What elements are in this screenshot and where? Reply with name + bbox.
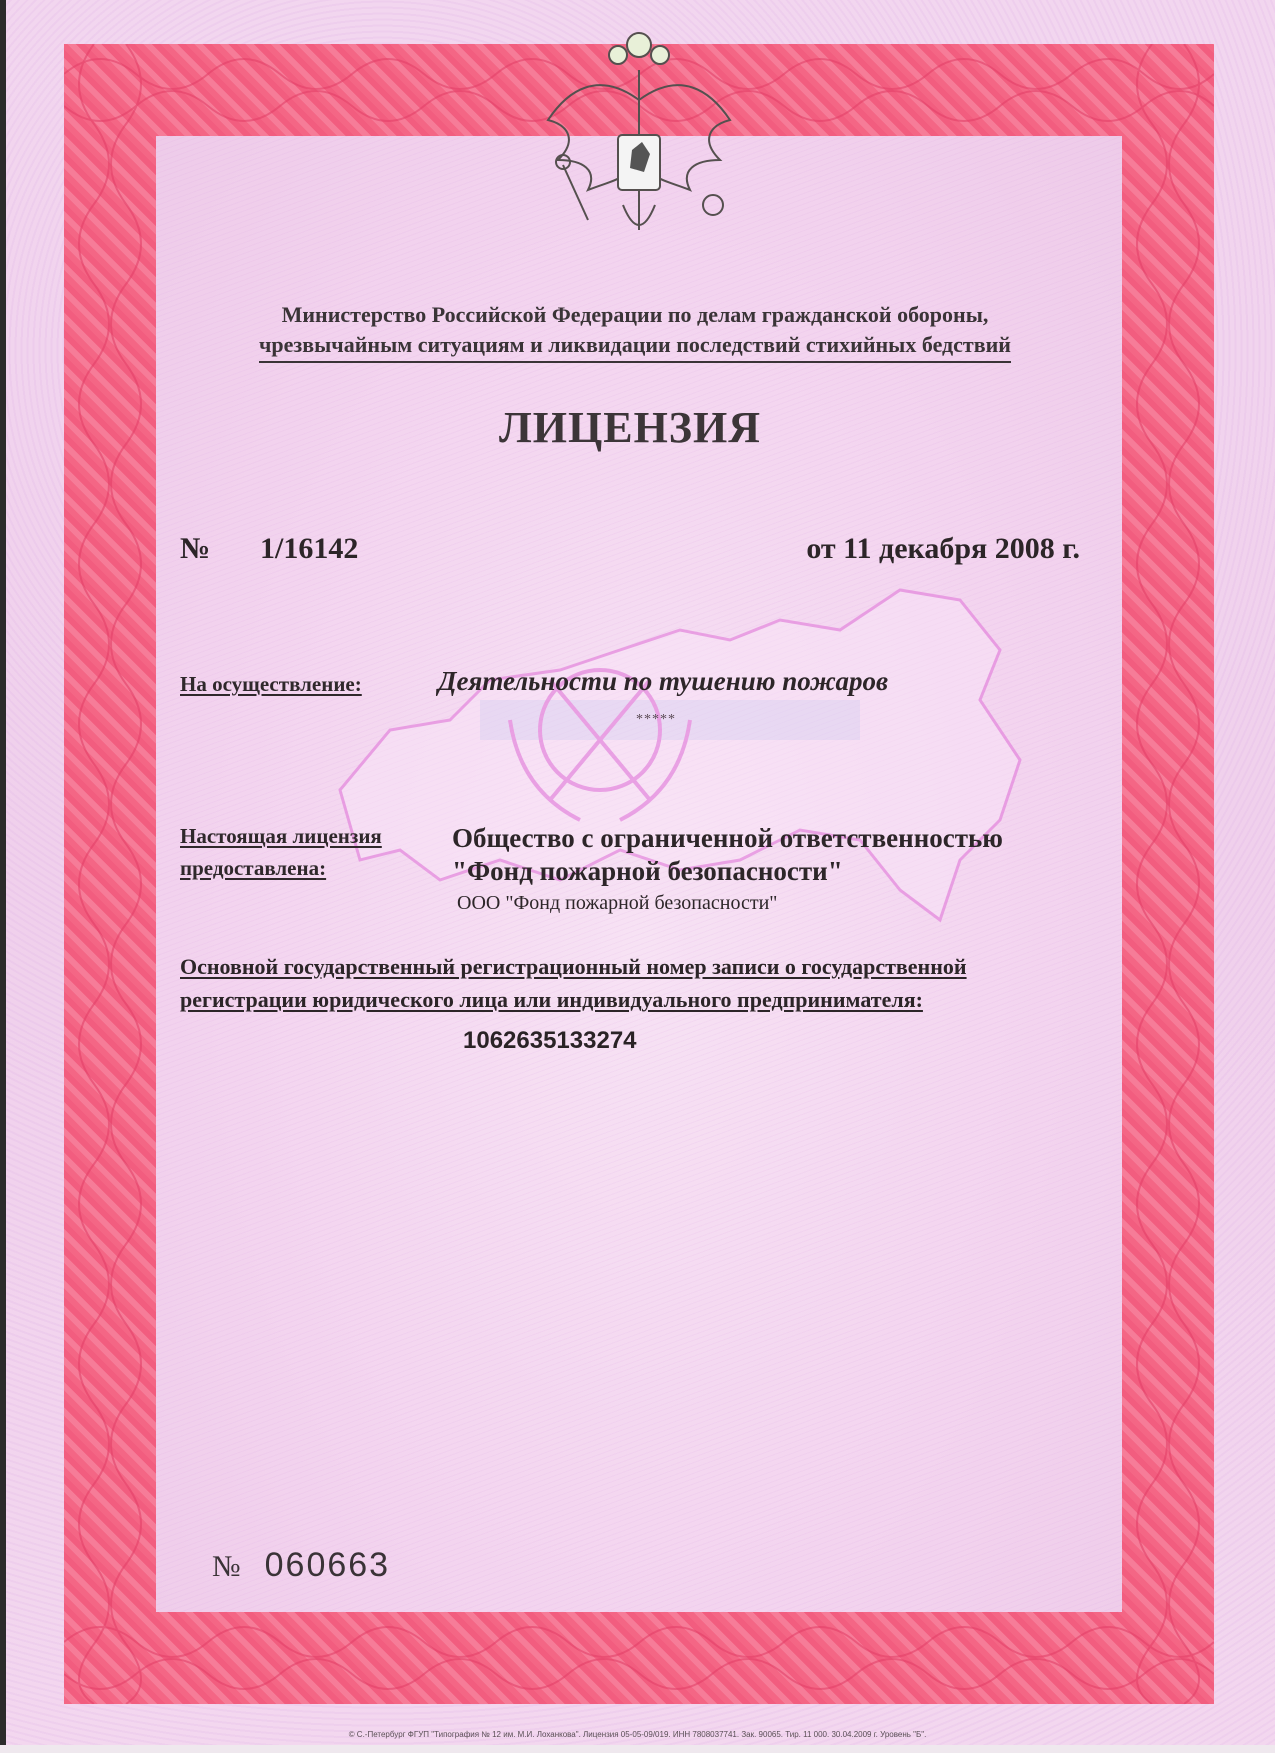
license-number: 1/16142 — [260, 532, 358, 566]
ministry-line-2: чрезвычайным ситуациям и ликвидации посл… — [259, 330, 1011, 363]
org-full-line-2: "Фонд пожарной безопасности" — [452, 855, 1003, 888]
ogrn-value: 1062635133274 — [463, 1027, 637, 1055]
document-title: ЛИЦЕНЗИЯ — [150, 402, 1110, 453]
form-serial-number: №060663 — [212, 1546, 390, 1585]
ogrn-label-line-1: Основной государственный регистрационный… — [180, 954, 967, 979]
granted-label-line-2: предоставлена: — [180, 856, 326, 881]
organization-short-name: ООО "Фонд пожарной безопасности" — [457, 892, 777, 915]
license-date: от 11 декабря 2008 г. — [806, 532, 1080, 566]
ministry-name: Министерство Российской Федерации по дел… — [150, 300, 1120, 363]
granted-label-line-1: Настоящая лицензия — [180, 824, 382, 849]
ministry-line-1: Министерство Российской Федерации по дел… — [150, 300, 1120, 330]
form-number-sign: № — [212, 1550, 241, 1583]
activity-label: На осуществление: — [180, 672, 362, 697]
organization-full-name: Общество с ограниченной ответственностью… — [452, 822, 1003, 888]
russian-coat-of-arms-icon — [528, 30, 750, 250]
scan-bottom-strip — [0, 1745, 1275, 1753]
separator-stars: ***** — [636, 712, 676, 728]
ogrn-label: Основной государственный регистрационный… — [180, 950, 967, 1016]
license-number-sign: № — [180, 532, 210, 566]
scan-edge — [0, 0, 6, 1753]
org-full-line-1: Общество с ограниченной ответственностью — [452, 822, 1003, 855]
form-number: 060663 — [265, 1546, 390, 1584]
activity-value: Деятельности по тушению пожаров — [438, 666, 888, 697]
ogrn-label-line-2: регистрации юридического лица или индиви… — [180, 987, 923, 1012]
printer-footer: © С.-Петербург ФГУП "Типография № 12 им.… — [0, 1730, 1275, 1739]
